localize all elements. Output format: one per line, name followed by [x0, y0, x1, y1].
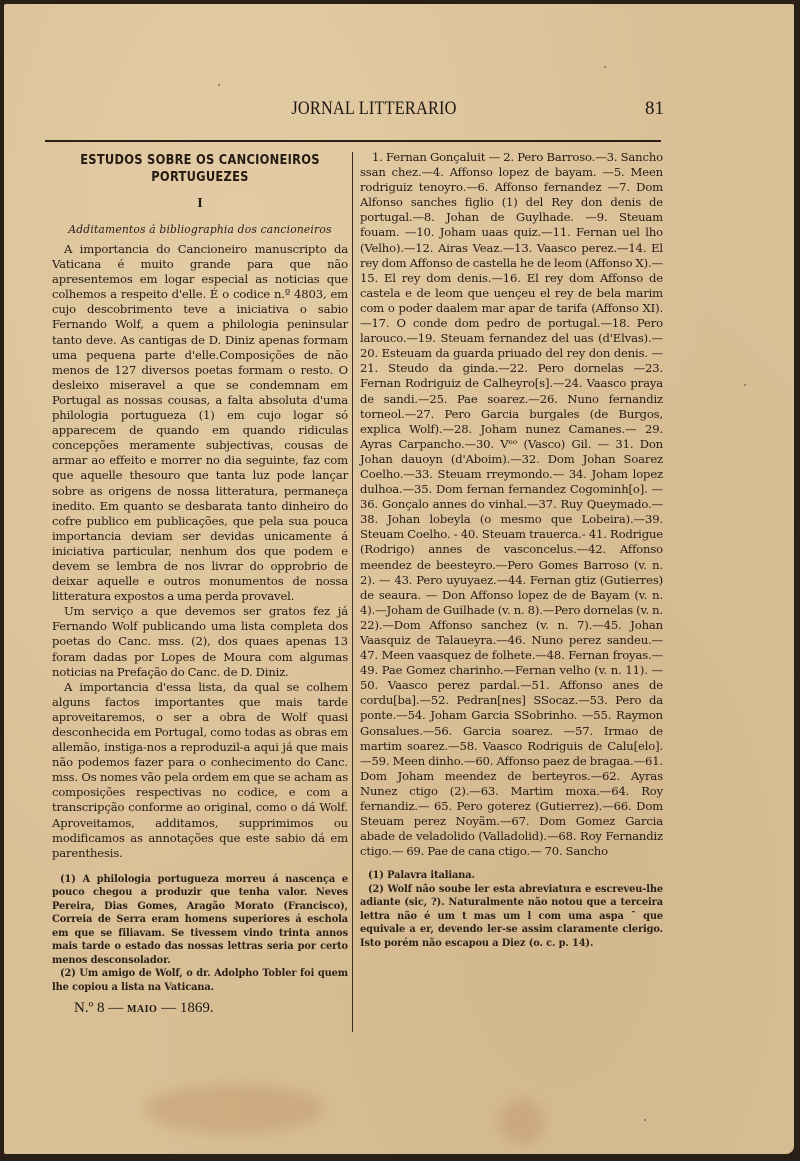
- issue-number: N.º 8 —: [74, 1000, 127, 1016]
- page-number: 81: [645, 98, 664, 120]
- article-title-line-1: ESTUDOS SOBRE OS CANCIONEIROS: [57, 152, 343, 169]
- left-column: ESTUDOS SOBRE OS CANCIONEIROS PORTUGUEZE…: [52, 152, 348, 1017]
- poet-list: 1. Fernan Gonçaluit — 2. Pero Barroso.—3…: [360, 150, 663, 859]
- paper-speck: [644, 1119, 646, 1121]
- paper-stain: [144, 1084, 324, 1134]
- header-rule: [45, 140, 661, 142]
- paper-speck: [218, 84, 220, 86]
- issue-month: MAIO: [127, 1004, 157, 1015]
- issue-line: N.º 8 — MAIO — 1869.: [52, 1000, 348, 1017]
- paper-stain: [499, 1099, 544, 1144]
- section-subtitle: Additamentos á bibliographia dos cancion…: [51, 222, 349, 236]
- article-title: ESTUDOS SOBRE OS CANCIONEIROS PORTUGUEZE…: [57, 152, 343, 186]
- paragraph: A importancia d'essa lista, da qual se c…: [52, 680, 348, 861]
- footnote-1: (1) A philologia portugueza morreu á nas…: [52, 873, 348, 968]
- column-divider: [352, 152, 353, 1032]
- footnote-2: (2) Wolf não soube ler esta abreviatura …: [360, 883, 663, 951]
- paper-speck: [744, 384, 746, 386]
- issue-year: — 1869.: [157, 1000, 213, 1016]
- right-column: 1. Fernan Gonçaluit — 2. Pero Barroso.—3…: [360, 150, 663, 950]
- running-header: JORNAL LITTERARIO 81: [84, 98, 664, 124]
- left-footnotes: (1) A philologia portugueza morreu á nas…: [52, 873, 348, 995]
- paper-speck: [604, 66, 606, 68]
- paragraph: A importancia do Cancioneiro manuscripto…: [52, 242, 348, 604]
- footnote-1: (1) Palavra italiana.: [360, 869, 663, 883]
- footnote-2: (2) Um amigo de Wolf, o dr. Adolpho Tobl…: [52, 967, 348, 994]
- journal-title: JORNAL LITTERARIO: [125, 98, 624, 120]
- section-number: I: [52, 196, 348, 212]
- right-footnotes: (1) Palavra italiana. (2) Wolf não soube…: [360, 869, 663, 950]
- article-title-line-2: PORTUGUEZES: [57, 169, 343, 186]
- paragraph: Um serviço a que devemos ser gratos fez …: [52, 604, 348, 679]
